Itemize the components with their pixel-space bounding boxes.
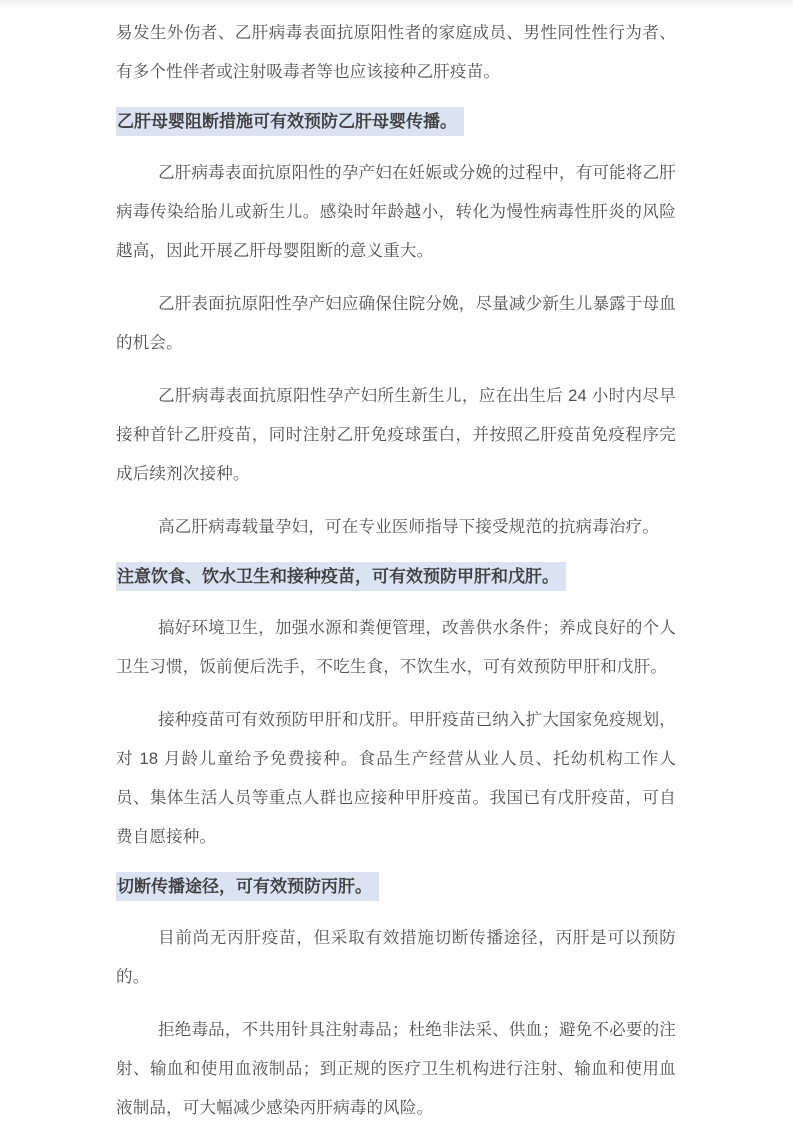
- document-page: 易发生外伤者、乙肝病毒表面抗原阳性者的家庭成员、男性同性性行为者、有多个性伴者或…: [0, 0, 793, 1122]
- paragraph-hepb-vaccine-groups-continuation: 易发生外伤者、乙肝病毒表面抗原阳性者的家庭成员、男性同性性行为者、有多个性伴者或…: [116, 14, 676, 92]
- section-heading-hepa-hepe-prevention: 注意饮食、饮水卫生和接种疫苗，可有效预防甲肝和戊肝。: [116, 561, 676, 593]
- section-heading-highlight: 切断传播途径，可有效预防丙肝。: [116, 872, 379, 901]
- section-heading-highlight: 乙肝母婴阻断措施可有效预防乙肝母婴传播。: [116, 107, 464, 136]
- section-heading-highlight: 注意饮食、饮水卫生和接种疫苗，可有效预防甲肝和戊肝。: [116, 562, 566, 591]
- paragraph-newborn-vaccination-24h: 乙肝病毒表面抗原阳性孕产妇所生新生儿，应在出生后 24 小时内尽早接种首针乙肝疫…: [116, 377, 676, 494]
- paragraph-sanitation-hygiene: 搞好环境卫生，加强水源和粪便管理，改善供水条件；养成良好的个人卫生习惯，饭前便后…: [116, 609, 676, 687]
- section-heading-hepc-prevention: 切断传播途径，可有效预防丙肝。: [116, 871, 676, 903]
- paragraph-no-hepc-vaccine: 目前尚无丙肝疫苗，但采取有效措施切断传播途径，丙肝是可以预防的。: [116, 919, 676, 997]
- paragraph-hepc-risk-reduction: 拒绝毒品，不共用针具注射毒品；杜绝非法采、供血；避免不必要的注射、输血和使用血液…: [116, 1011, 676, 1122]
- paragraph-hbsag-positive-pregnancy-risk: 乙肝病毒表面抗原阳性的孕产妇在妊娠或分娩的过程中，有可能将乙肝病毒传染给胎儿或新…: [116, 154, 676, 271]
- paragraph-hospital-delivery: 乙肝表面抗原阳性孕产妇应确保住院分娩，尽量减少新生儿暴露于母血的机会。: [116, 285, 676, 363]
- section-heading-mother-to-child-blocking: 乙肝母婴阻断措施可有效预防乙肝母婴传播。: [116, 106, 676, 138]
- paragraph-hepa-hepe-vaccines: 接种疫苗可有效预防甲肝和戊肝。甲肝疫苗已纳入扩大国家免疫规划，对 18 月龄儿童…: [116, 701, 676, 857]
- page-top-edge: [0, 0, 793, 9]
- paragraph-high-viral-load-treatment: 高乙肝病毒载量孕妇，可在专业医师指导下接受规范的抗病毒治疗。: [116, 508, 676, 547]
